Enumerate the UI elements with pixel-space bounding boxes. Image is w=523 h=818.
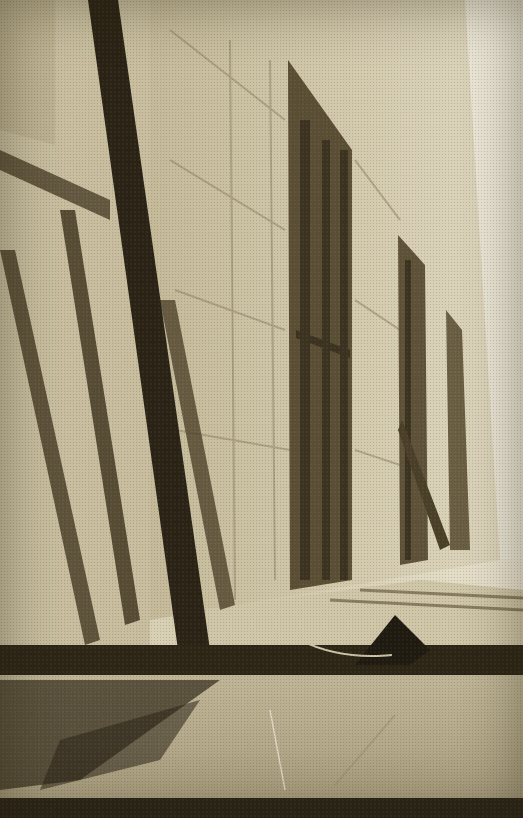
sepia-photograph: Sepia-toned photograph looking through a… [0, 0, 523, 818]
vignette [0, 0, 523, 818]
